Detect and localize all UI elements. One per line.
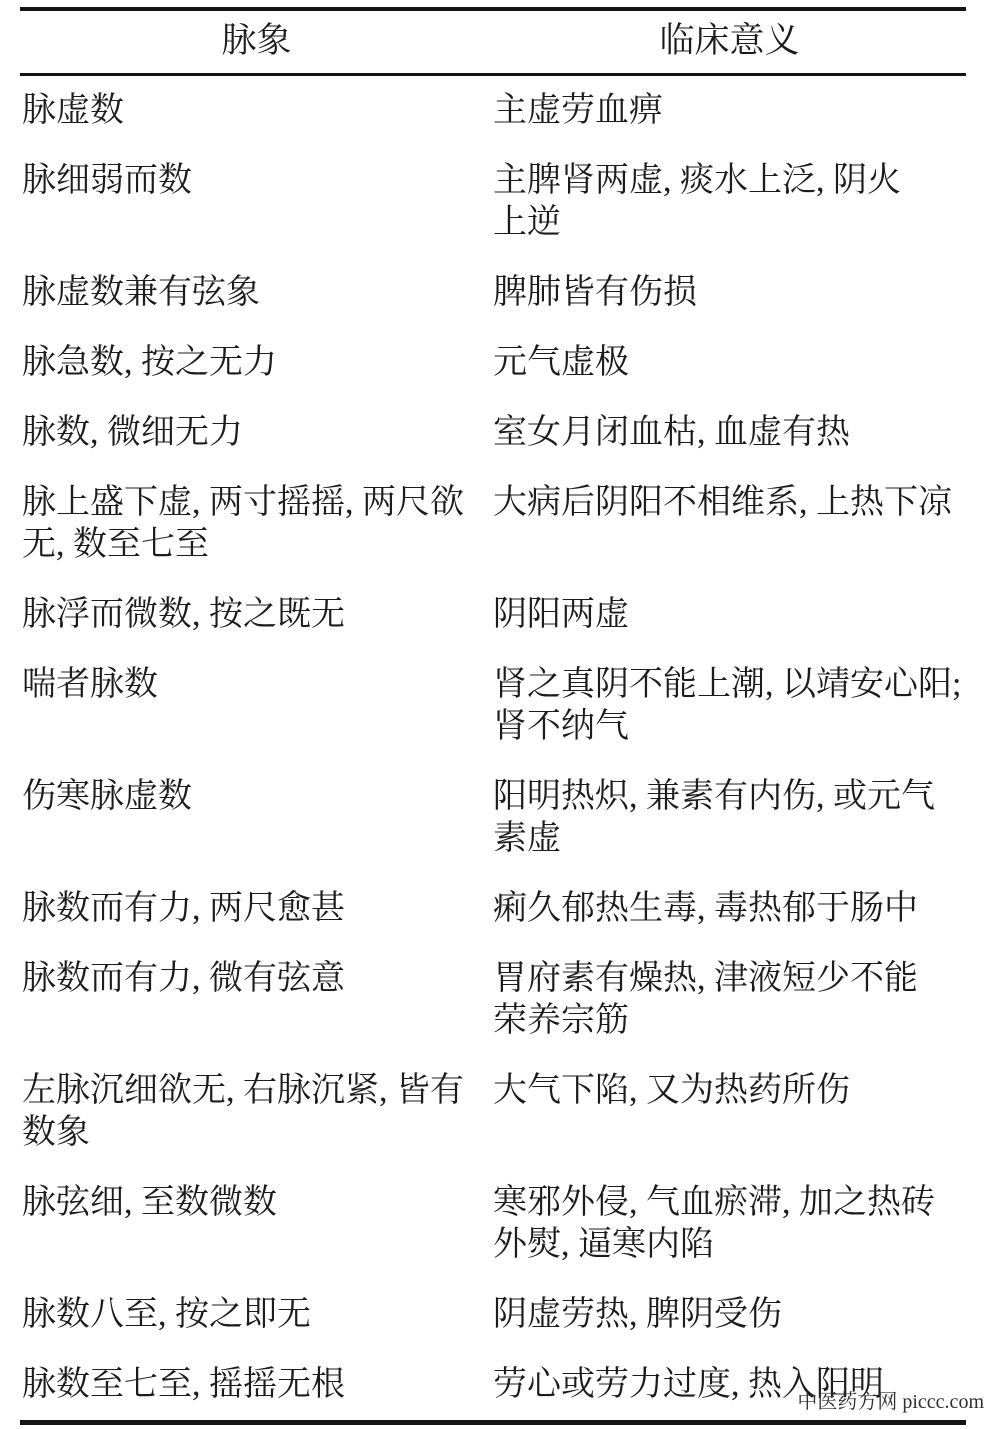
meaning-cell: 阳明热炽, 兼素有内伤, 或元气 素虚 [493,776,966,860]
pulse-cell: 伤寒脉虚数 [20,776,493,860]
meaning-cell: 主虚劳血痹 [493,90,966,132]
table-header-row: 脉象 临床意义 [20,11,966,73]
pulse-cell: 脉急数, 按之无力 [20,342,493,384]
pulse-cell: 脉细弱而数 [20,160,493,244]
pulse-cell: 脉浮而微数, 按之既无 [20,594,493,636]
meaning-cell: 痢久郁热生毒, 毒热郁于肠中 [493,888,966,930]
table-row: 左脉沉细欲无, 右脉沉紧, 皆有 数象大气下陷, 又为热药所伤 [20,1056,966,1168]
pulse-cell: 左脉沉细欲无, 右脉沉紧, 皆有 数象 [20,1070,493,1154]
table-row: 脉虚数兼有弦象脾肺皆有伤损 [20,258,966,328]
tcm-pulse-table: 脉象 临床意义 脉虚数主虚劳血痹脉细弱而数主脾肾两虚, 痰水上泛, 阴火 上逆脉… [20,7,966,1425]
meaning-cell: 阴阳两虚 [493,594,966,636]
meaning-cell: 大病后阴阳不相维系, 上热下凉 [493,482,966,566]
pulse-cell: 脉上盛下虚, 两寸摇摇, 两尺欲 无, 数至七至 [20,482,493,566]
column-header-pulse: 脉象 [20,20,493,62]
pulse-cell: 脉虚数 [20,90,493,132]
table-row: 脉虚数主虚劳血痹 [20,76,966,146]
meaning-cell: 室女月闭血枯, 血虚有热 [493,412,966,454]
meaning-cell: 主脾肾两虚, 痰水上泛, 阴火 上逆 [493,160,966,244]
table-row: 脉数八至, 按之即无阴虚劳热, 脾阴受伤 [20,1280,966,1350]
meaning-cell: 寒邪外侵, 气血瘀滞, 加之热砖 外熨, 逼寒内陷 [493,1182,966,1266]
meaning-cell: 阴虚劳热, 脾阴受伤 [493,1294,966,1336]
table-row: 脉浮而微数, 按之既无阴阳两虚 [20,580,966,650]
table-row: 脉数而有力, 两尺愈甚痢久郁热生毒, 毒热郁于肠中 [20,874,966,944]
meaning-cell: 脾肺皆有伤损 [493,272,966,314]
pulse-cell: 脉数至七至, 摇摇无根 [20,1364,493,1406]
table-row: 脉数, 微细无力室女月闭血枯, 血虚有热 [20,398,966,468]
pulse-cell: 脉数而有力, 微有弦意 [20,958,493,1042]
table-body: 脉虚数主虚劳血痹脉细弱而数主脾肾两虚, 痰水上泛, 阴火 上逆脉虚数兼有弦象脾肺… [20,76,966,1420]
table-row: 伤寒脉虚数阳明热炽, 兼素有内伤, 或元气 素虚 [20,762,966,874]
table-row: 脉数而有力, 微有弦意胃府素有燥热, 津液短少不能 荣养宗筋 [20,944,966,1056]
meaning-cell: 大气下陷, 又为热药所伤 [493,1070,966,1154]
pulse-cell: 脉数八至, 按之即无 [20,1294,493,1336]
pulse-cell: 脉数而有力, 两尺愈甚 [20,888,493,930]
table-row: 脉急数, 按之无力元气虚极 [20,328,966,398]
column-header-meaning: 临床意义 [493,20,966,62]
table-row: 脉上盛下虚, 两寸摇摇, 两尺欲 无, 数至七至大病后阴阳不相维系, 上热下凉 [20,468,966,580]
table-bottom-rule [20,1420,966,1425]
meaning-cell: 肾之真阴不能上潮, 以靖安心阳; 肾不纳气 [493,664,966,748]
pulse-cell: 脉虚数兼有弦象 [20,272,493,314]
watermark: 中医药方网 piccc.com [797,1390,984,1414]
meaning-cell: 胃府素有燥热, 津液短少不能 荣养宗筋 [493,958,966,1042]
table-row: 喘者脉数肾之真阴不能上潮, 以靖安心阳; 肾不纳气 [20,650,966,762]
table-row: 脉细弱而数主脾肾两虚, 痰水上泛, 阴火 上逆 [20,146,966,258]
table-row: 脉弦细, 至数微数寒邪外侵, 气血瘀滞, 加之热砖 外熨, 逼寒内陷 [20,1168,966,1280]
pulse-cell: 脉数, 微细无力 [20,412,493,454]
pulse-cell: 喘者脉数 [20,664,493,748]
meaning-cell: 元气虚极 [493,342,966,384]
pulse-cell: 脉弦细, 至数微数 [20,1182,493,1266]
